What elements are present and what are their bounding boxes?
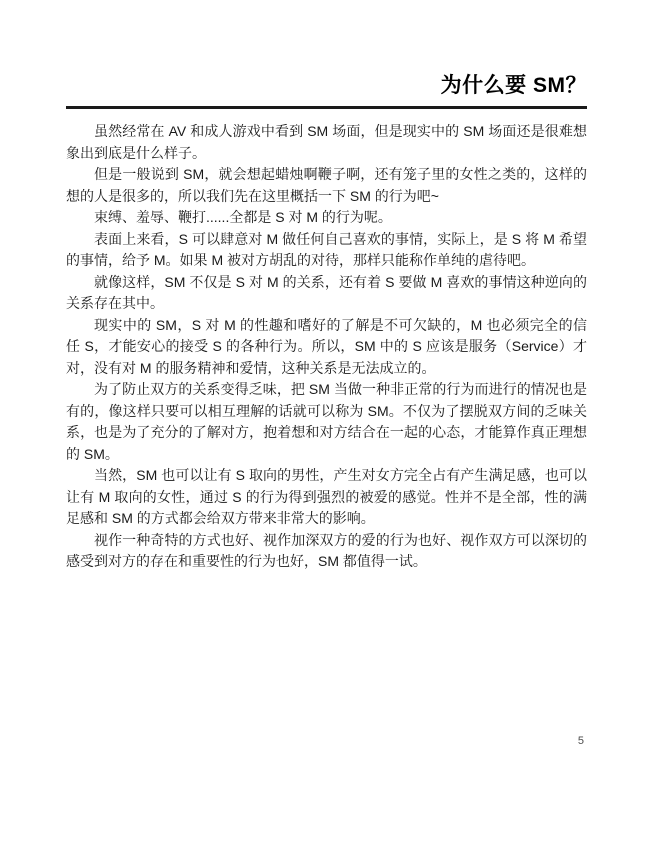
body-paragraph: 视作一种奇特的方式也好、视作加深双方的爱的行为也好、视作双方可以深切的感受到对方… (66, 530, 587, 573)
document-page: 为什么要 SM？ 虽然经常在 AV 和成人游戏中看到 SM 场面，但是现实中的 … (0, 0, 650, 850)
page-title: 为什么要 SM？ (66, 0, 587, 100)
body-paragraph: 现实中的 SM，S 对 M 的性趣和嗜好的了解是不可欠缺的，M 也必须完全的信任… (66, 315, 587, 380)
body-paragraph: 当然，SM 也可以让有 S 取向的男性，产生对女方完全占有产生满足感，也可以让有… (66, 465, 587, 530)
document-viewport: { "document": { "title": "为什么要 SM？", "pa… (0, 0, 650, 850)
body-paragraph: 就像这样，SM 不仅是 S 对 M 的关系，还有着 S 要做 M 喜欢的事情这种… (66, 272, 587, 315)
body-paragraph: 为了防止双方的关系变得乏味，把 SM 当做一种非正常的行为而进行的情况也是有的，… (66, 379, 587, 465)
body-paragraph: 虽然经常在 AV 和成人游戏中看到 SM 场面，但是现实中的 SM 场面还是很难… (66, 121, 587, 164)
body-paragraph: 束缚、羞辱、鞭打......全都是 S 对 M 的行为呢。 (66, 207, 587, 229)
body-paragraph: 表面上来看，S 可以肆意对 M 做任何自己喜欢的事情，实际上，是 S 将 M 希… (66, 229, 587, 272)
body-paragraph: 但是一般说到 SM，就会想起蜡烛啊鞭子啊，还有笼子里的女性之类的，这样的想的人是… (66, 164, 587, 207)
title-divider (66, 106, 587, 109)
page-content: 为什么要 SM？ 虽然经常在 AV 和成人游戏中看到 SM 场面，但是现实中的 … (66, 0, 587, 573)
page-number: 5 (578, 735, 584, 747)
body-text: 虽然经常在 AV 和成人游戏中看到 SM 场面，但是现实中的 SM 场面还是很难… (66, 121, 587, 573)
